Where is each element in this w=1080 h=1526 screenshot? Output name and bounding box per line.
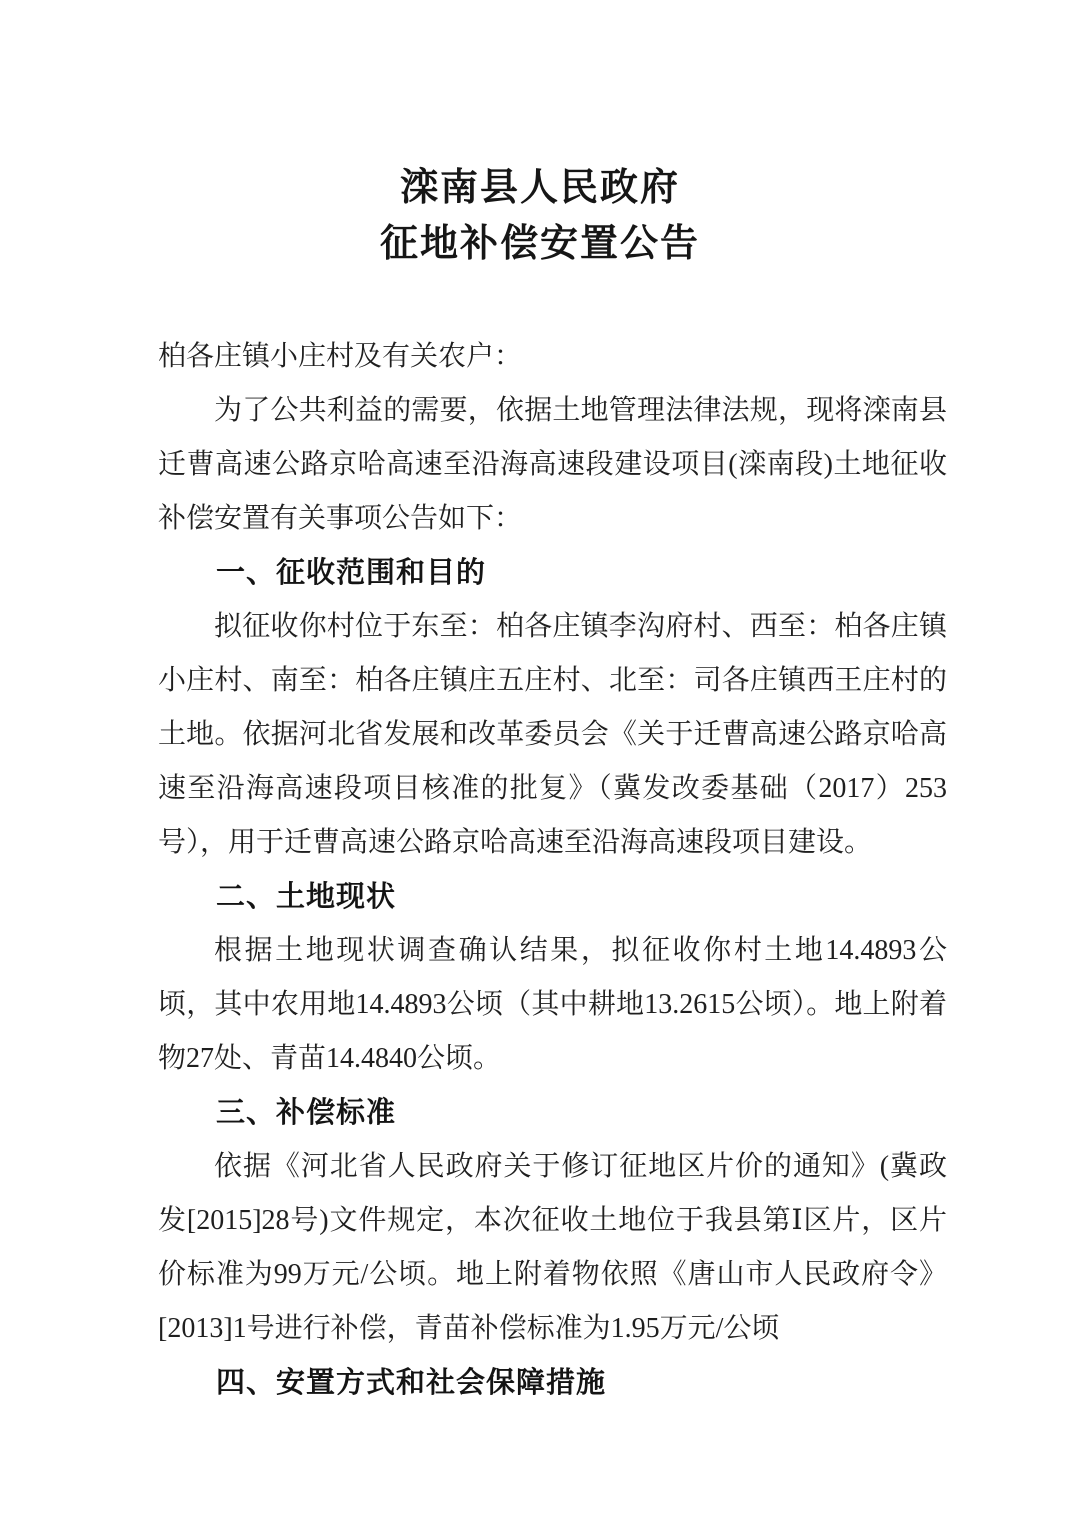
announcement-page: 滦南县人民政府 征地补偿安置公告 柏各庄镇小庄村及有关农户： 为了公共利益的需要… — [0, 0, 1080, 1526]
section-2-paragraph: 根据土地现状调查确认结果，拟征收你村土地14.4893公顷，其中农用地14.48… — [158, 924, 947, 1086]
section-3-paragraph: 依据《河北省人民政府关于修订征地区片价的通知》(冀政发[2015]28号)文件规… — [158, 1140, 947, 1356]
section-1-heading: 一、征收范围和目的 — [158, 546, 947, 600]
section-2-heading: 二、土地现状 — [158, 870, 947, 924]
document-title: 滦南县人民政府 征地补偿安置公告 — [0, 0, 1080, 272]
intro-paragraph: 为了公共利益的需要，依据土地管理法律法规，现将滦南县迁曹高速公路京哈高速至沿海高… — [158, 384, 947, 546]
title-line-government: 滦南县人民政府 — [0, 160, 1080, 216]
section-4-heading: 四、安置方式和社会保障措施 — [158, 1356, 947, 1410]
section-1-paragraph: 拟征收你村位于东至：柏各庄镇李沟府村、西至：柏各庄镇小庄村、南至：柏各庄镇庄五庄… — [158, 600, 947, 870]
section-3-heading: 三、补偿标准 — [158, 1086, 947, 1140]
document-body: 柏各庄镇小庄村及有关农户： 为了公共利益的需要，依据土地管理法律法规，现将滦南县… — [158, 330, 947, 1410]
title-line-announcement: 征地补偿安置公告 — [0, 216, 1080, 272]
salutation-line: 柏各庄镇小庄村及有关农户： — [158, 330, 947, 384]
